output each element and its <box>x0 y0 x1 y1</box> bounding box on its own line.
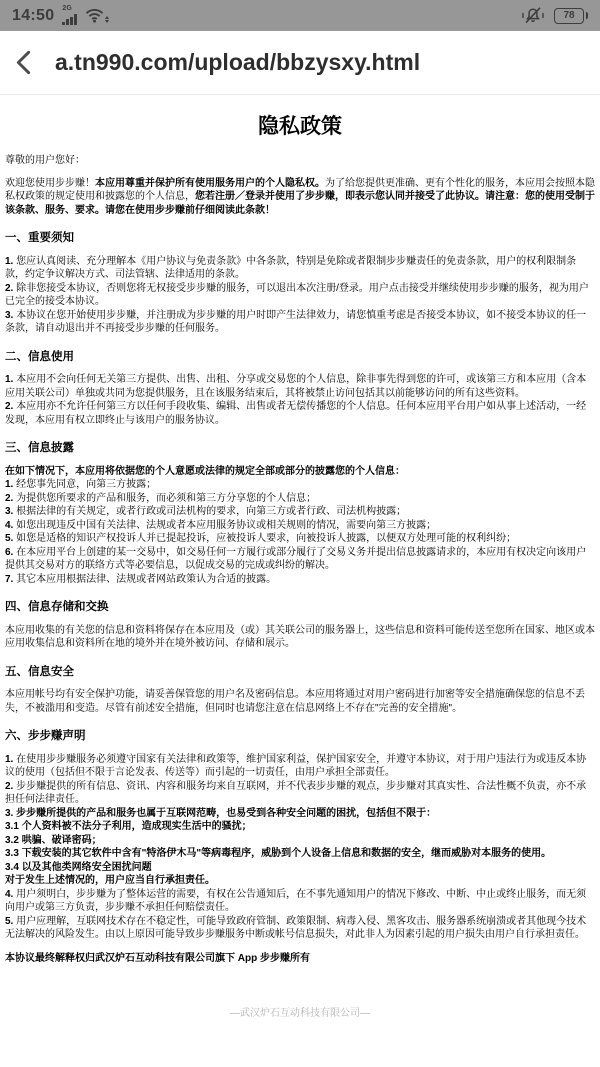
policy-item: 对于发生上述情况的，用户应当自行承担责任。 <box>5 874 595 888</box>
closing-statement: 本协议最终解释权归武汉炉石互动科技有限公司旗下 App 步步赚所有 <box>5 952 595 966</box>
status-bar: 14:50 2G <box>0 0 600 31</box>
policy-item: 1. 您应认真阅读、充分理解本《用户协议与免责条款》中各条款，特别是免除或者限制… <box>5 255 595 282</box>
section-heading: 二、信息使用 <box>5 351 595 365</box>
status-time: 14:50 <box>12 7 54 25</box>
policy-item: 3. 本协议在您开始使用步步赚，并注册成为步步赚的用户时即产生法律效力，请您慎重… <box>5 309 595 336</box>
page-url[interactable]: a.tn990.com/upload/bbzysxy.html <box>55 49 420 76</box>
policy-item: 1. 经您事先同意，向第三方披露； <box>5 478 595 492</box>
policy-item: 5. 用户应理解，互联网技术存在不稳定性，可能导致政府管制、政策限制、病毒入侵、… <box>5 915 595 942</box>
policy-item: 7. 其它本应用根据法律、法规或者网站政策认为合适的披露。 <box>5 573 595 587</box>
section-heading: 三、信息披露 <box>5 442 595 456</box>
policy-item: 2. 步步赚提供的所有信息、资讯、内容和服务均来自互联网，并不代表步步赚的观点，… <box>5 780 595 807</box>
policy-item: 2. 为提供您所要求的产品和服务，而必须和第三方分享您的个人信息； <box>5 492 595 506</box>
intro-segment: 欢迎您使用步步赚！ <box>5 178 95 189</box>
battery-icon: 78 <box>554 8 588 24</box>
network-type-label: 2G <box>62 5 71 12</box>
signal-bars-icon: 2G <box>62 7 77 25</box>
section-heading: 一、重要须知 <box>5 232 595 246</box>
policy-item: 3.1 个人资料被不法分子利用，造成现实生活中的骚扰； <box>5 820 595 834</box>
policy-item: 2. 本应用亦不允许任何第三方以任何手段收集、编辑、出售或者无偿传播您的个人信息… <box>5 400 595 427</box>
policy-item: 4. 如您出现违反中国有关法律、法规或者本应用服务协议或相关规则的情况，需要向第… <box>5 519 595 533</box>
data-transfer-arrows-icon <box>105 16 109 23</box>
section-heading: 五、信息安全 <box>5 666 595 680</box>
policy-item: 3.2 哄骗、破译密码； <box>5 834 595 848</box>
browser-title-bar: a.tn990.com/upload/bbzysxy.html <box>0 31 600 95</box>
policy-document: 隐私政策 尊敬的用户您好： 欢迎您使用步步赚！本应用尊重并保护所有使用服务用户的… <box>0 114 600 1021</box>
greeting: 尊敬的用户您好： <box>5 154 595 168</box>
section-paragraph: 本应用收集的有关您的信息和资料将保存在本应用及（或）其关联公司的服务器上，这些信… <box>5 624 595 651</box>
policy-item: 6. 在本应用平台上创建的某一交易中，如交易任何一方履行或部分履行了交易义务并提… <box>5 546 595 573</box>
section-heading: 六、步步赚声明 <box>5 730 595 744</box>
mute-bell-icon <box>521 7 545 24</box>
company-footer: —武汉炉石互动科技有限公司— <box>5 1007 595 1021</box>
policy-item: 4. 用户须明白，步步赚为了整体运营的需要，有权在公告通知后，在不事先通知用户的… <box>5 888 595 915</box>
battery-percent: 78 <box>563 10 574 21</box>
policy-item: 3.3 下载安装的其它软件中含有"特洛伊木马"等病毒程序，威胁到个人设备上信息和… <box>5 847 595 861</box>
intro-segment: 本应用尊重并保护所有使用服务用户的个人隐私权。 <box>95 178 325 189</box>
wifi-icon <box>85 8 109 23</box>
policy-item: 3.4 以及其他类网络安全困扰问题 <box>5 861 595 875</box>
policy-item: 1. 本应用不会向任何无关第三方提供、出售、出租、分享或交易您的个人信息，除非事… <box>5 373 595 400</box>
intro-paragraph: 欢迎您使用步步赚！本应用尊重并保护所有使用服务用户的个人隐私权。为了给您提供更准… <box>5 177 595 218</box>
back-button[interactable] <box>16 48 42 78</box>
policy-item: 3. 步步赚所提供的产品和服务也属于互联网范畴，也易受到各种安全问题的困扰，包括… <box>5 807 595 821</box>
policy-item: 3. 根据法律的有关规定，或者行政或司法机构的要求，向第三方或者行政、司法机构披… <box>5 505 595 519</box>
section-paragraph: 本应用帐号均有安全保护功能，请妥善保管您的用户名及密码信息。本应用将通过对用户密… <box>5 688 595 715</box>
chevron-left-icon <box>16 50 31 75</box>
policy-item: 1. 在使用步步赚服务必须遵守国家有关法律和政策等，维护国家利益，保护国家安全，… <box>5 753 595 780</box>
section-heading: 四、信息存储和交换 <box>5 601 595 615</box>
page-title: 隐私政策 <box>5 114 595 140</box>
policy-item: 2. 除非您接受本协议，否则您将无权接受步步赚的服务，可以退出本次注册/登录。用… <box>5 282 595 309</box>
policy-item: 5. 如您是适格的知识产权投诉人并已提起投诉，应被投诉人要求，向被投诉人披露，以… <box>5 532 595 546</box>
section-lead: 在如下情况下，本应用将依据您的个人意愿或法律的规定全部或部分的披露您的个人信息： <box>5 465 595 479</box>
